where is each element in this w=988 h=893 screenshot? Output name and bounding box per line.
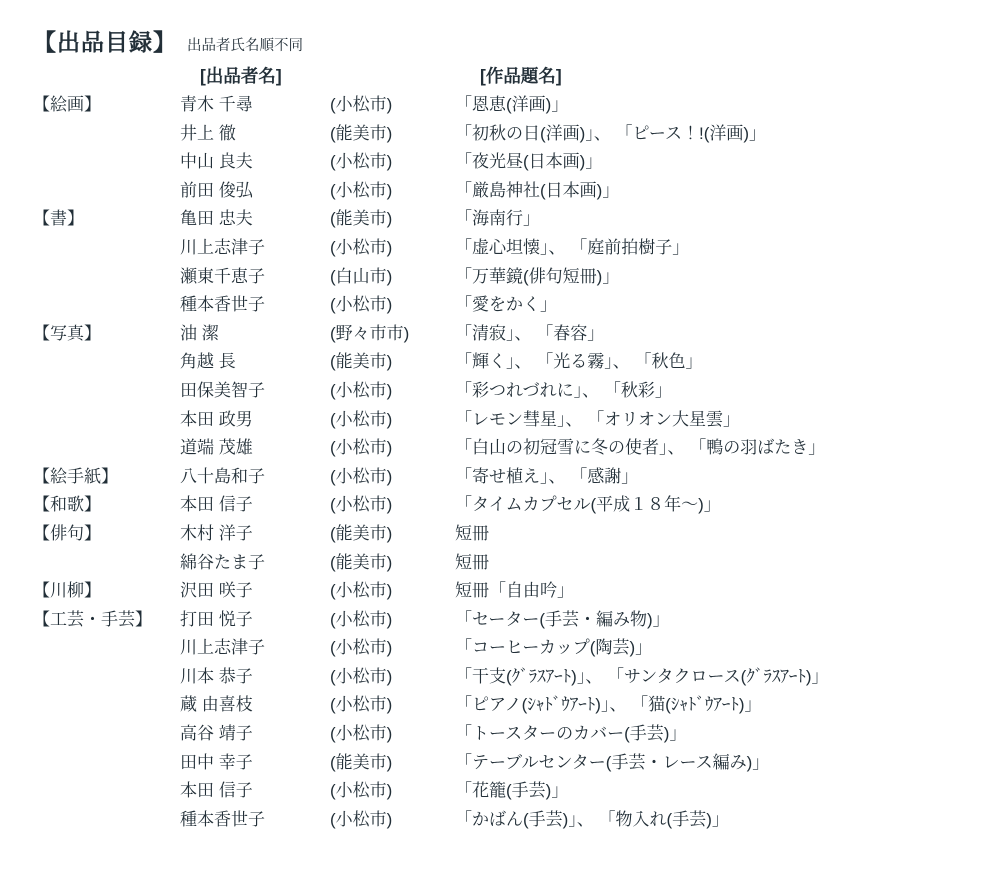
category-cell: 【川柳】 [33,576,180,601]
city-cell: (小松市) [330,776,455,801]
table-row: 種本香世子(小松市)「かばん(手芸)」、 「物入れ(手芸)」 [33,805,968,834]
category-cell: 【絵画】 [33,90,180,115]
work-title-cell: 短冊 [455,548,968,573]
category-cell: 【俳句】 [33,519,180,544]
city-cell: (能美市) [330,748,455,773]
category-cell: 【和歌】 [33,490,180,515]
city-cell: (小松市) [330,690,455,715]
city-cell: (小松市) [330,433,455,458]
table-row: 蔵 由喜枝(小松市)「ピアノ(ｼｬﾄﾞｳｱｰﾄ)」、 「猫(ｼｬﾄﾞｳｱｰﾄ)」 [33,690,968,719]
city-cell: (能美市) [330,548,455,573]
city-cell: (小松市) [330,405,455,430]
exhibitor-name-cell: 川上志津子 [180,633,330,658]
exhibitor-name-cell: 道端 茂雄 [180,433,330,458]
table-row: 【俳句】木村 洋子(能美市)短冊 [33,519,968,548]
work-title-cell: 「虚心坦懐」、 「庭前拍樹子」 [455,233,968,258]
column-header-exhibitor: [出品者名] [180,63,330,88]
city-cell: (小松市) [330,605,455,630]
city-cell: (小松市) [330,490,455,515]
city-cell: (小松市) [330,376,455,401]
category-cell: 【絵手紙】 [33,462,180,487]
exhibitor-name-cell: 田中 幸子 [180,748,330,773]
category-cell: 【写真】 [33,319,180,344]
catalog-rows: 【絵画】青木 千尋(小松市)「恩恵(洋画)」井上 徹(能美市)「初秋の日(洋画)… [33,90,968,833]
exhibitor-name-cell: 川本 恭子 [180,662,330,687]
work-title-cell: 短冊「自由吟」 [455,576,968,601]
city-cell: (小松市) [330,576,455,601]
exhibitor-name-cell: 角越 長 [180,347,330,372]
table-row: 【工芸・手芸】打田 悦子(小松市)「セーター(手芸・編み物)」 [33,605,968,634]
city-cell: (小松市) [330,805,455,830]
table-row: 川上志津子(小松市)「コーヒーカップ(陶芸)」 [33,633,968,662]
table-row: 道端 茂雄(小松市)「白山の初冠雪に冬の使者」、 「鴨の羽ばたき」 [33,433,968,462]
work-title-cell: 短冊 [455,519,968,544]
exhibitor-name-cell: 沢田 咲子 [180,576,330,601]
city-cell: (小松市) [330,176,455,201]
work-title-cell: 「万華鏡(俳句短冊)」 [455,262,968,287]
work-title-cell: 「トースターのカバー(手芸)」 [455,719,968,744]
category-cell: 【工芸・手芸】 [33,605,180,630]
work-title-cell: 「愛をかく」 [455,290,968,315]
category-cell: 【書】 [33,204,180,229]
city-cell: (野々市市) [330,319,455,344]
work-title-cell: 「厳島神社(日本画)」 [455,176,968,201]
exhibitor-name-cell: 木村 洋子 [180,519,330,544]
table-row: 前田 俊弘(小松市)「厳島神社(日本画)」 [33,176,968,205]
work-title-cell: 「ピアノ(ｼｬﾄﾞｳｱｰﾄ)」、 「猫(ｼｬﾄﾞｳｱｰﾄ)」 [455,690,968,715]
exhibitor-name-cell: 田保美智子 [180,376,330,401]
city-cell: (白山市) [330,262,455,287]
exhibitor-name-cell: 種本香世子 [180,290,330,315]
table-row: 本田 政男(小松市)「レモン彗星」、 「オリオン大星雲」 [33,405,968,434]
table-row: 【写真】油 潔(野々市市)「清寂」、 「春容」 [33,319,968,348]
exhibitor-name-cell: 中山 良夫 [180,147,330,172]
exhibitor-name-cell: 前田 俊弘 [180,176,330,201]
table-row: 田中 幸子(能美市)「テーブルセンター(手芸・レース編み)」 [33,748,968,777]
work-title-cell: 「恩恵(洋画)」 [455,90,968,115]
table-row: 【書】亀田 忠夫(能美市)「海南行」 [33,204,968,233]
work-title-cell: 「夜光昼(日本画)」 [455,147,968,172]
table-row: 田保美智子(小松市)「彩つれづれに」、 「秋彩」 [33,376,968,405]
column-header-row: [出品者名] [作品題名] [33,63,968,90]
table-row: 本田 信子(小松市)「花籠(手芸)」 [33,776,968,805]
city-cell: (能美市) [330,204,455,229]
exhibitor-name-cell: 川上志津子 [180,233,330,258]
work-title-cell: 「花籠(手芸)」 [455,776,968,801]
work-title-cell: 「レモン彗星」、 「オリオン大星雲」 [455,405,968,430]
table-row: 中山 良夫(小松市)「夜光昼(日本画)」 [33,147,968,176]
table-row: 【絵手紙】八十島和子(小松市)「寄せ植え」、 「感謝」 [33,462,968,491]
work-title-cell: 「コーヒーカップ(陶芸)」 [455,633,968,658]
work-title-cell: 「白山の初冠雪に冬の使者」、 「鴨の羽ばたき」 [455,433,968,458]
city-cell: (能美市) [330,347,455,372]
table-row: 高谷 靖子(小松市)「トースターのカバー(手芸)」 [33,719,968,748]
work-title-cell: 「かばん(手芸)」、 「物入れ(手芸)」 [455,805,968,830]
work-title-cell: 「テーブルセンター(手芸・レース編み)」 [455,748,968,773]
exhibitor-name-cell: 本田 信子 [180,776,330,801]
exhibitor-name-cell: 打田 悦子 [180,605,330,630]
city-cell: (小松市) [330,90,455,115]
table-row: 角越 長(能美市)「輝く」、 「光る霧」、 「秋色」 [33,347,968,376]
exhibitor-name-cell: 亀田 忠夫 [180,204,330,229]
exhibitor-name-cell: 油 潔 [180,319,330,344]
exhibitor-name-cell: 綿谷たま子 [180,548,330,573]
city-cell: (小松市) [330,147,455,172]
work-title-cell: 「初秋の日(洋画)」、 「ピース！!(洋画)」 [455,119,968,144]
table-row: 瀬東千恵子(白山市)「万華鏡(俳句短冊)」 [33,262,968,291]
exhibitor-name-cell: 蔵 由喜枝 [180,690,330,715]
work-title-cell: 「海南行」 [455,204,968,229]
exhibitor-name-cell: 井上 徹 [180,119,330,144]
work-title-cell: 「タイムカプセル(平成１８年～)」 [455,490,968,515]
work-title-cell: 「セーター(手芸・編み物)」 [455,605,968,630]
city-cell: (小松市) [330,633,455,658]
exhibition-catalog-document: 【出品目録】 出品者氏名順不同 [出品者名] [作品題名] 【絵画】青木 千尋(… [0,0,988,893]
column-header-work-title: [作品題名] [455,63,968,88]
work-title-cell: 「彩つれづれに」、 「秋彩」 [455,376,968,401]
city-cell: (能美市) [330,119,455,144]
table-row: 種本香世子(小松市)「愛をかく」 [33,290,968,319]
city-cell: (小松市) [330,662,455,687]
city-cell: (小松市) [330,462,455,487]
table-row: 川本 恭子(小松市)「干支(ｸﾞﾗｽｱｰﾄ)」、 「サンタクロース(ｸﾞﾗｽｱｰ… [33,662,968,691]
document-header: 【出品目録】 出品者氏名順不同 [33,24,968,57]
table-row: 川上志津子(小松市)「虚心坦懐」、 「庭前拍樹子」 [33,233,968,262]
table-row: 【絵画】青木 千尋(小松市)「恩恵(洋画)」 [33,90,968,119]
exhibitor-name-cell: 八十島和子 [180,462,330,487]
page-subtitle: 出品者氏名順不同 [187,34,303,55]
exhibitor-name-cell: 高谷 靖子 [180,719,330,744]
city-cell: (小松市) [330,719,455,744]
exhibitor-name-cell: 本田 信子 [180,490,330,515]
table-row: 【和歌】本田 信子(小松市)「タイムカプセル(平成１８年～)」 [33,490,968,519]
exhibitor-name-cell: 青木 千尋 [180,90,330,115]
work-title-cell: 「干支(ｸﾞﾗｽｱｰﾄ)」、 「サンタクロース(ｸﾞﾗｽｱｰﾄ)」 [455,662,968,687]
work-title-cell: 「清寂」、 「春容」 [455,319,968,344]
work-title-cell: 「輝く」、 「光る霧」、 「秋色」 [455,347,968,372]
city-cell: (小松市) [330,290,455,315]
table-row: 綿谷たま子(能美市)短冊 [33,548,968,577]
exhibitor-name-cell: 種本香世子 [180,805,330,830]
exhibitor-name-cell: 瀬東千恵子 [180,262,330,287]
table-row: 井上 徹(能美市)「初秋の日(洋画)」、 「ピース！!(洋画)」 [33,119,968,148]
city-cell: (小松市) [330,233,455,258]
table-row: 【川柳】沢田 咲子(小松市)短冊「自由吟」 [33,576,968,605]
exhibitor-name-cell: 本田 政男 [180,405,330,430]
city-cell: (能美市) [330,519,455,544]
page-title: 【出品目録】 [33,24,177,57]
work-title-cell: 「寄せ植え」、 「感謝」 [455,462,968,487]
